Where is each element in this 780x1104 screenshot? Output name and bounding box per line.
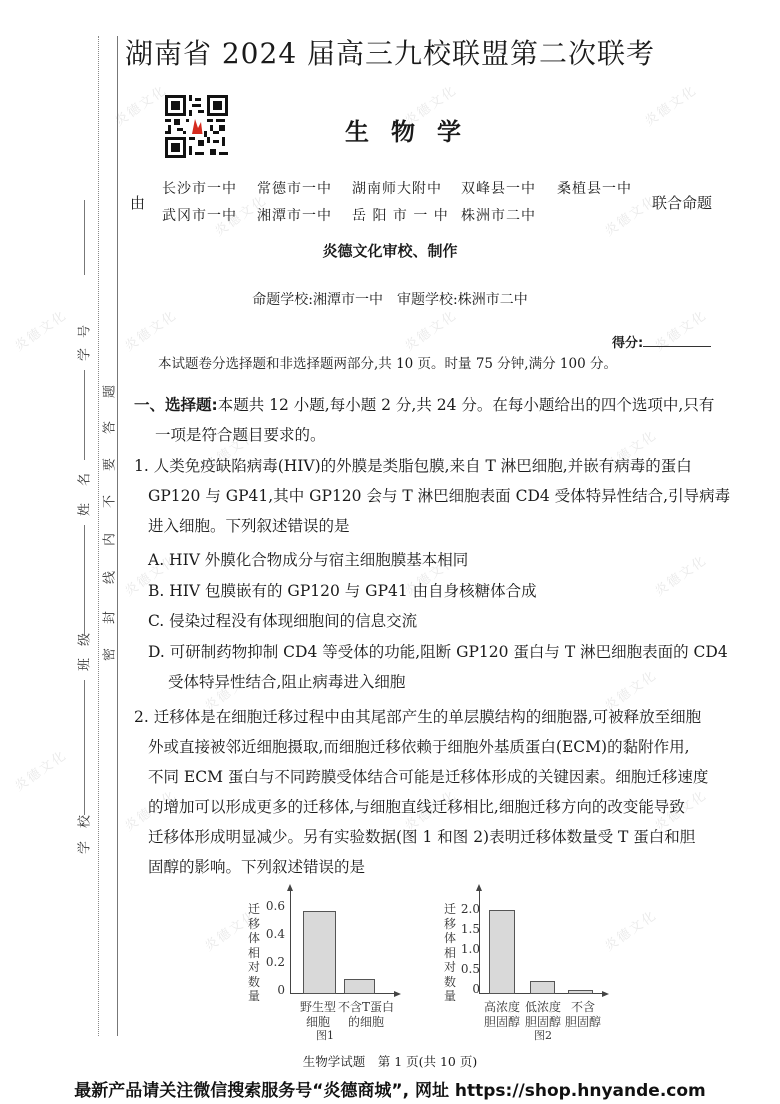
seal-char: 线 [99, 571, 118, 585]
seal-char: 题 [99, 385, 118, 399]
page-footer: 生物学试题 第 1 页(共 10 页) [0, 1052, 780, 1070]
bar-high-cholesterol [489, 910, 515, 994]
watermark: 炎德文化 [400, 305, 460, 355]
field-underline [84, 680, 85, 815]
school-name: 岳 阳 市 一 中 [352, 205, 449, 225]
question-stem: 迁移体形成明显减少。另有实验数据(图 1 和图 2)表明迁移体数量受 T 蛋白和… [148, 822, 695, 852]
exam-title: 湖南省 2024 届高三九校联盟第二次联考 [0, 32, 780, 72]
producer-line: 炎德文化审校、制作 [0, 240, 780, 261]
seal-char: 封 [99, 611, 118, 625]
school-name: 武冈市一中 [162, 205, 237, 225]
watermark: 炎德文化 [10, 305, 70, 355]
y-tick: 0.5 [456, 962, 480, 976]
figure-caption: 图2 [518, 1028, 568, 1043]
y-tick: 0.4 [261, 927, 285, 941]
field-label-class: 班 [74, 658, 93, 672]
option-c: C. 侵染过程没有体现细胞间的信息交流 [148, 606, 417, 636]
y-axis-arrow-icon [287, 884, 293, 891]
school-name: 湘潭市一中 [257, 205, 332, 225]
x-axis-arrow-icon [394, 991, 401, 997]
section-desc: 本题共 12 小题,每小题 2 分,共 24 分。在每小题给出的四个选项中,只有 [218, 396, 715, 414]
field-underline [84, 370, 85, 460]
section-title: 一、选择题: [134, 396, 218, 414]
bar-no-t-protein [344, 979, 375, 994]
y-tick: 0 [456, 982, 480, 996]
qr-code-icon[interactable] [165, 95, 228, 158]
y-tick: 2.0 [456, 902, 480, 916]
field-label-name: 姓 [74, 503, 93, 517]
field-label-school: 学 [74, 841, 93, 855]
figure-1-chart: 迁移体相对数量 0.6 0.4 0.2 0 野生型细胞 不含T蛋白的细胞 图1 [210, 880, 410, 1040]
question-stem: 2. 迁移体是在细胞迁移过程中由其尾部产生的单层膜结构的细胞器,可被释放至细胞 [134, 702, 701, 732]
score-label: 得分: [612, 332, 643, 351]
field-underline [84, 200, 85, 275]
section-heading: 一、选择题:本题共 12 小题,每小题 2 分,共 24 分。在每小题给出的四个… [134, 390, 714, 420]
y-tick: 0 [261, 983, 285, 997]
watermark: 炎德文化 [110, 80, 170, 130]
seal-char: 不 [99, 495, 118, 509]
field-label-name: 名 [74, 473, 93, 487]
question-stem: 的增加可以形成更多的迁移体,与细胞直线迁移相比,细胞迁移方向的改变能导致 [148, 792, 685, 822]
question-stem: 1. 人类免疫缺陷病毒(HIV)的外膜是类脂包膜,来自 T 淋巴细胞,并嵌有病毒… [134, 451, 692, 481]
figure-caption: 图1 [300, 1028, 350, 1043]
y-axis [479, 888, 480, 994]
y-axis [290, 888, 291, 994]
promo-banner[interactable]: 最新产品请关注微信搜索服务号“炎德商城”, 网址 https://shop.hn… [0, 1076, 780, 1101]
option-d: D. 可研制药物抑制 CD4 等受体的功能,阻断 GP120 蛋白与 T 淋巴细… [148, 637, 728, 667]
x-axis-arrow-icon [602, 991, 609, 997]
seal-char: 要 [99, 458, 118, 472]
bar-no-cholesterol [568, 990, 593, 994]
y-tick: 0.2 [261, 955, 285, 969]
school-name: 长沙市一中 [162, 178, 237, 198]
school-name: 常德市一中 [257, 178, 332, 198]
section-desc-cont: 一项是符合题目要求的。 [155, 420, 326, 450]
exam-intro: 本试题卷分选择题和非选择题两部分,共 10 页。时量 75 分钟,满分 100 … [158, 352, 617, 372]
question-stem: GP120 与 GP41,其中 GP120 会与 T 淋巴细胞表面 CD4 受体… [148, 481, 730, 511]
option-a: A. HIV 外膜化合物成分与宿主细胞膜基本相同 [148, 545, 468, 575]
bar-low-cholesterol [530, 981, 555, 994]
bar-wild-type [303, 911, 336, 994]
y-axis-arrow-icon [476, 884, 482, 891]
school-name: 湖南师大附中 [352, 178, 442, 198]
question-stem: 外或直接被邻近细胞摄取,而细胞迁移依赖于细胞外基质蛋白(ECM)的黏附作用, [148, 732, 690, 762]
field-underline [84, 525, 85, 635]
seal-char: 密 [99, 648, 118, 662]
y-tick: 0.6 [261, 899, 285, 913]
schools-prefix: 由 [130, 192, 145, 213]
school-name: 株洲市二中 [461, 205, 536, 225]
question-stem: 进入细胞。下列叙述错误的是 [148, 511, 350, 541]
field-label-school: 校 [74, 815, 93, 829]
watermark: 炎德文化 [10, 745, 70, 795]
y-tick: 1.0 [456, 942, 480, 956]
field-label-class: 级 [74, 633, 93, 647]
x-label: 不含胆固醇 [558, 1000, 608, 1030]
seal-char: 答 [99, 421, 118, 435]
figure-2-chart: 迁移体相对数量 2.0 1.5 1.0 0.5 0 高浓度胆固醇 低浓度胆固醇 … [420, 880, 620, 1040]
x-label: 不含T蛋白的细胞 [334, 1000, 398, 1030]
watermark: 炎德文化 [640, 80, 700, 130]
school-name: 桑植县一中 [557, 178, 632, 198]
school-name: 双峰县一中 [461, 178, 536, 198]
watermark: 炎德文化 [120, 305, 180, 355]
authors-line: 命题学校:湘潭市一中 审题学校:株洲市二中 [0, 289, 780, 309]
option-d-cont: 受体特异性结合,阻止病毒进入细胞 [168, 667, 405, 697]
question-stem: 不同 ECM 蛋白与不同跨膜受体结合可能是迁移体形成的关键因素。细胞迁移速度 [148, 762, 708, 792]
field-label-student-id: 号 [74, 325, 93, 339]
y-tick: 1.5 [456, 922, 480, 936]
field-label-student-id: 学 [74, 348, 93, 362]
y-axis-label: 迁移体相对数量 [248, 902, 262, 1004]
subject-title: 生物学 [345, 112, 483, 147]
score-field[interactable] [643, 346, 711, 347]
question-stem: 固醇的影响。下列叙述错误的是 [148, 852, 365, 882]
watermark: 炎德文化 [650, 550, 710, 600]
option-b: B. HIV 包膜嵌有的 GP120 与 GP41 由自身核糖体合成 [148, 576, 537, 606]
seal-char: 内 [99, 533, 118, 547]
joint-label: 联合命题 [652, 192, 712, 213]
